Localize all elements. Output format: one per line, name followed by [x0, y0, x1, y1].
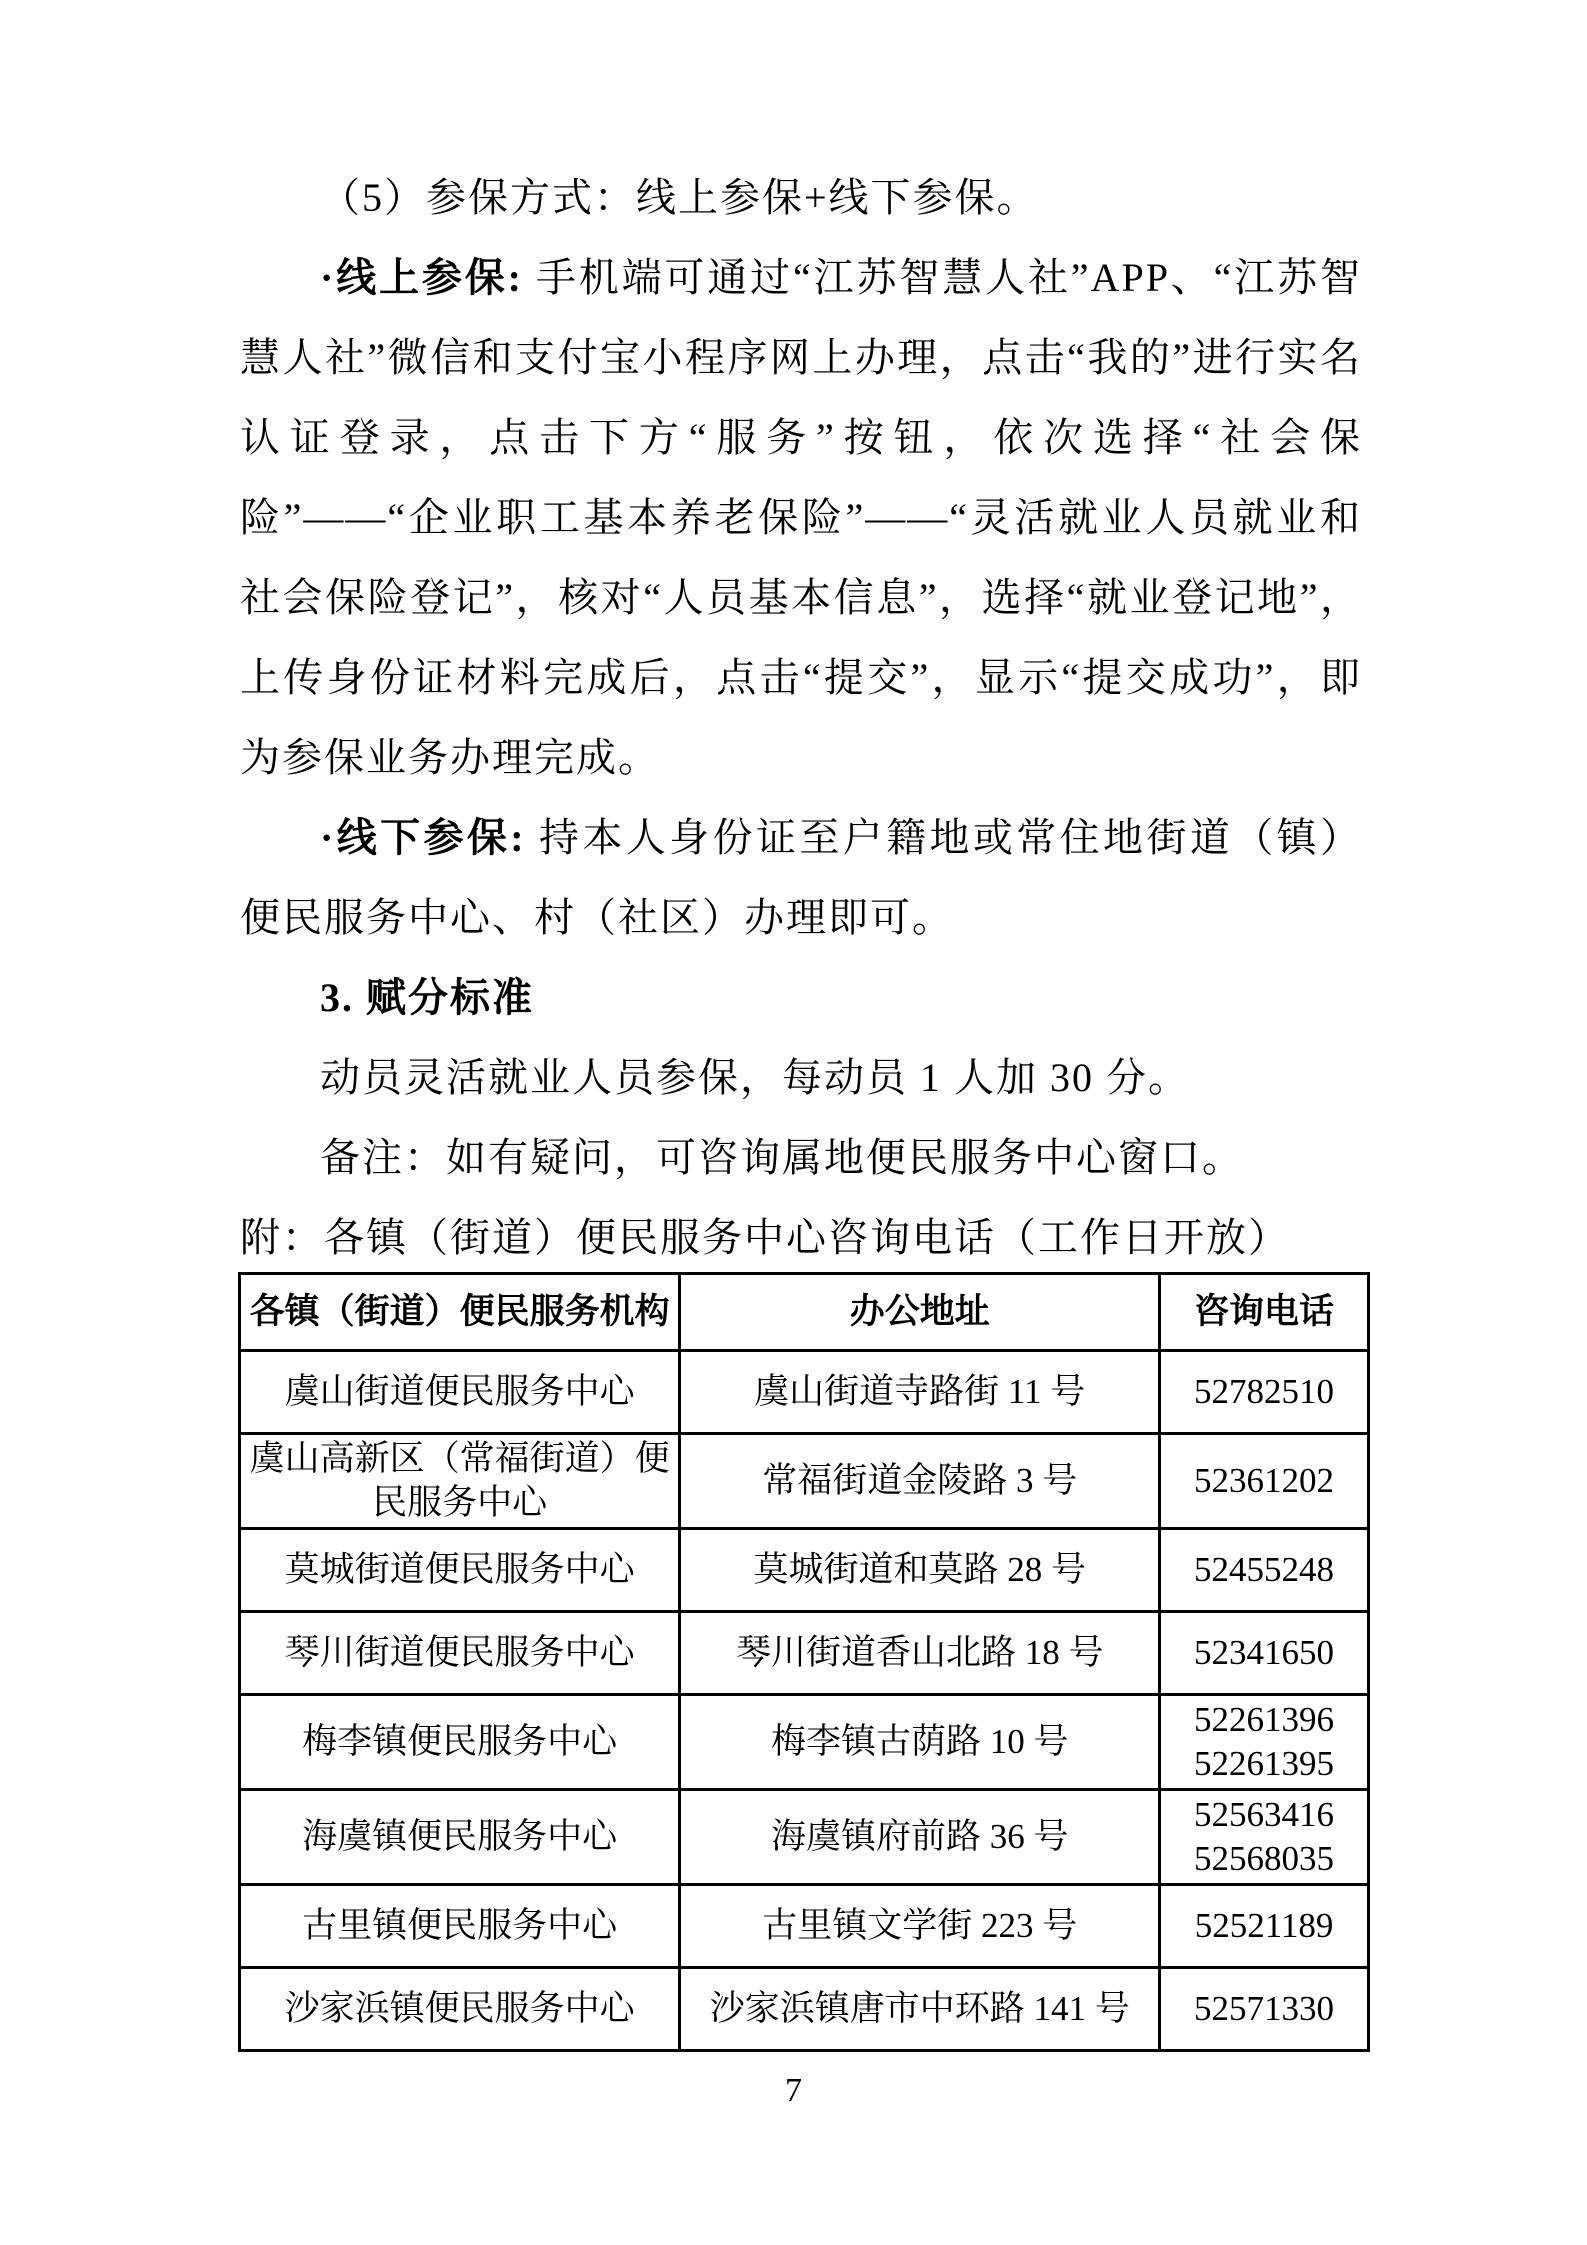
address-cell: 琴川街道香山北路 18 号: [680, 1612, 1160, 1695]
column-header-address: 办公地址: [680, 1274, 1160, 1351]
address-cell: 常福街道金陵路 3 号: [680, 1434, 1160, 1529]
table-row: 琴川街道便民服务中心 琴川街道香山北路 18 号 52341650: [240, 1612, 1369, 1695]
table-row: 古里镇便民服务中心 古里镇文学街 223 号 52521189: [240, 1885, 1369, 1968]
table-row: 虞山街道便民服务中心 虞山街道寺路街 11 号 52782510: [240, 1351, 1369, 1434]
phone-cell: 52341650: [1160, 1612, 1369, 1695]
phone-cell: 52455248: [1160, 1529, 1369, 1612]
address-cell: 海虞镇府前路 36 号: [680, 1790, 1160, 1885]
page-number: 7: [0, 2072, 1587, 2110]
table-row: 莫城街道便民服务中心 莫城街道和莫路 28 号 52455248: [240, 1529, 1369, 1612]
contact-table: 各镇（街道）便民服务机构 办公地址 咨询电话 虞山街道便民服务中心 虞山街道寺路…: [238, 1272, 1370, 2052]
phone-cell: 52361202: [1160, 1434, 1369, 1529]
online-enroll-text: 手机端可通过“江苏智慧人社”APP、“江苏智慧人社”微信和支付宝小程序网上办理，…: [240, 255, 1362, 780]
document-page: （5）参保方式：线上参保+线下参保。 ·线上参保: 手机端可通过“江苏智慧人社”…: [0, 0, 1587, 2245]
organization-cell: 莫城街道便民服务中心: [240, 1529, 680, 1612]
paragraph-offline-enroll: ·线下参保: 持本人身份证至户籍地或常住地街道（镇）便民服务中心、村（社区）办理…: [240, 798, 1362, 958]
column-header-phone: 咨询电话: [1160, 1274, 1369, 1351]
offline-enroll-label: ·线下参保:: [320, 815, 526, 860]
contact-table-body: 虞山街道便民服务中心 虞山街道寺路街 11 号 52782510 虞山高新区（常…: [240, 1351, 1369, 2051]
paragraph-note: 备注：如有疑问，可咨询属地便民服务中心窗口。: [240, 1118, 1362, 1198]
paragraph-enroll-method: （5）参保方式：线上参保+线下参保。: [240, 158, 1362, 238]
phone-cell: 52563416 52568035: [1160, 1790, 1369, 1885]
column-header-organization: 各镇（街道）便民服务机构: [240, 1274, 680, 1351]
phone-cell: 52521189: [1160, 1885, 1369, 1968]
table-row: 虞山高新区（常福街道）便民服务中心 常福街道金陵路 3 号 52361202: [240, 1434, 1369, 1529]
contact-table-header: 各镇（街道）便民服务机构 办公地址 咨询电话: [240, 1274, 1369, 1351]
paragraph-online-enroll: ·线上参保: 手机端可通过“江苏智慧人社”APP、“江苏智慧人社”微信和支付宝小…: [240, 238, 1362, 798]
table-row: 梅李镇便民服务中心 梅李镇古荫路 10 号 52261396 52261395: [240, 1695, 1369, 1790]
organization-cell: 虞山街道便民服务中心: [240, 1351, 680, 1434]
organization-cell: 梅李镇便民服务中心: [240, 1695, 680, 1790]
phone-cell: 52571330: [1160, 1968, 1369, 2051]
document-body: （5）参保方式：线上参保+线下参保。 ·线上参保: 手机端可通过“江苏智慧人社”…: [240, 158, 1362, 1278]
address-cell: 沙家浜镇唐市中环路 141 号: [680, 1968, 1160, 2051]
heading-scoring-standard: 3. 赋分标准: [240, 958, 1362, 1038]
table-row: 海虞镇便民服务中心 海虞镇府前路 36 号 52563416 52568035: [240, 1790, 1369, 1885]
header-row: 各镇（街道）便民服务机构 办公地址 咨询电话: [240, 1274, 1369, 1351]
address-cell: 梅李镇古荫路 10 号: [680, 1695, 1160, 1790]
organization-cell: 虞山高新区（常福街道）便民服务中心: [240, 1434, 680, 1529]
address-cell: 古里镇文学街 223 号: [680, 1885, 1160, 1968]
organization-cell: 海虞镇便民服务中心: [240, 1790, 680, 1885]
organization-cell: 沙家浜镇便民服务中心: [240, 1968, 680, 2051]
enroll-method-text: （5）参保方式：线上参保+线下参保。: [320, 175, 1039, 220]
organization-cell: 琴川街道便民服务中心: [240, 1612, 680, 1695]
phone-cell: 52261396 52261395: [1160, 1695, 1369, 1790]
table-row: 沙家浜镇便民服务中心 沙家浜镇唐市中环路 141 号 52571330: [240, 1968, 1369, 2051]
paragraph-scoring-rule: 动员灵活就业人员参保，每动员 1 人加 30 分。: [240, 1038, 1362, 1118]
address-cell: 虞山街道寺路街 11 号: [680, 1351, 1160, 1434]
organization-cell: 古里镇便民服务中心: [240, 1885, 680, 1968]
phone-cell: 52782510: [1160, 1351, 1369, 1434]
online-enroll-label: ·线上参保:: [320, 255, 523, 300]
address-cell: 莫城街道和莫路 28 号: [680, 1529, 1160, 1612]
attachment-title: 附：各镇（街道）便民服务中心咨询电话（工作日开放）: [240, 1198, 1362, 1278]
